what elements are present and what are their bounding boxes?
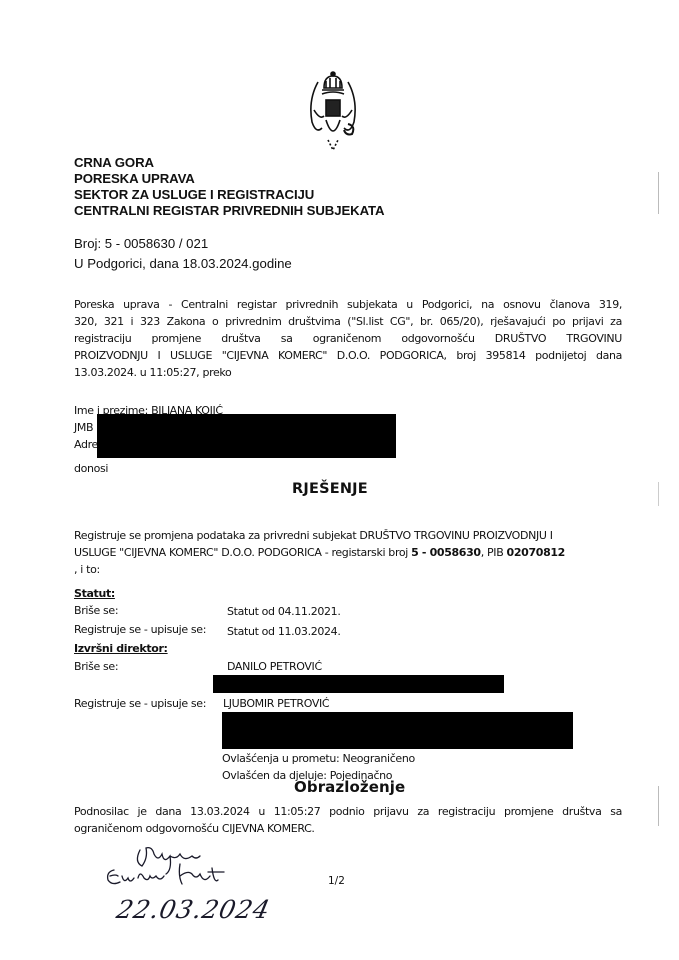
header-line-sector: SEKTOR ZA USLUGE I REGISTRACIJU [74,187,384,203]
intro-paragraph: Poreska uprava - Centralni registar priv… [74,296,622,381]
handwritten-signature [100,840,270,900]
scan-artifact [658,482,659,506]
director-delete-value: DANILO PETROVIĆ [227,658,322,675]
authority-traffic: Ovlašćenja u prometu: Neograničeno [222,750,415,767]
document-reference: Broj: 5 - 0058630 / 021 U Podgorici, dan… [74,234,292,274]
intro-line: 13.03.2024. u 11:05:27, preko [74,364,622,381]
page-number: 1/2 [328,875,345,887]
intro-line: PROIZVODNJU I USLUGE "CIJEVNA KOMERC" D.… [74,347,622,364]
redaction-box [222,712,573,749]
reference-number: Broj: 5 - 0058630 / 021 [74,234,292,254]
registration-paragraph: Registruje se promjena podataka za privr… [74,527,622,578]
registration-line: Registruje se promjena podataka za privr… [74,527,622,544]
place-and-date: U Podgorici, dana 18.03.2024.godine [74,254,292,274]
donosi-text: donosi [74,460,108,477]
director-delete-label: Briše se: [74,658,118,675]
redaction-box [97,414,396,458]
statut-heading: Statut: [74,585,115,602]
explanation-line: Podnosilac je dana 13.03.2024 u 11:05:27… [74,803,622,820]
scan-artifact [658,172,659,214]
intro-line: 320, 321 i 323 Zakona o privrednim društ… [74,313,622,330]
statut-register-label: Registruje se - upisuje se: [74,621,206,638]
intro-line: registraciju promjene društva sa ogranič… [74,330,622,347]
statut-delete-value: Statut od 04.11.2021. [227,603,340,620]
decision-title: RJEŠENJE [292,481,368,497]
director-register-value: LJUBOMIR PETROVIĆ [223,695,329,712]
director-register-label: Registruje se - upisuje se: [74,695,206,712]
registration-text: USLUGE "CIJEVNA KOMERC" D.O.O. PODGORICA… [74,546,411,559]
statut-register-value: Statut od 11.03.2024. [227,623,340,640]
director-heading: Izvršni direktor: [74,640,168,657]
pib-number: 02070812 [507,546,565,559]
scan-artifact [658,786,659,826]
explanation-title: Obrazloženje [294,778,405,796]
registration-text: , PIB [481,546,507,559]
registration-line: , i to: [74,561,622,578]
header-line-registry: CENTRALNI REGISTAR PRIVREDNIH SUBJEKATA [74,203,384,219]
statut-delete-label: Briše se: [74,602,118,619]
montenegro-coat-of-arms-icon [300,60,366,156]
header-line-authority: PORESKA UPRAVA [74,171,384,187]
registration-number: 5 - 0058630 [411,546,481,559]
intro-line: Poreska uprava - Centralni registar priv… [74,296,622,313]
header-line-country: CRNA GORA [74,155,384,171]
issuer-header: CRNA GORA PORESKA UPRAVA SEKTOR ZA USLUG… [74,155,384,219]
explanation-paragraph: Podnosilac je dana 13.03.2024 u 11:05:27… [74,803,622,837]
redaction-box [213,675,504,693]
registration-line: USLUGE "CIJEVNA KOMERC" D.O.O. PODGORICA… [74,544,622,561]
handwritten-date: 22.03.2024 [114,895,273,924]
explanation-line: ograničenom odgovornošću CIJEVNA KOMERC. [74,820,622,837]
